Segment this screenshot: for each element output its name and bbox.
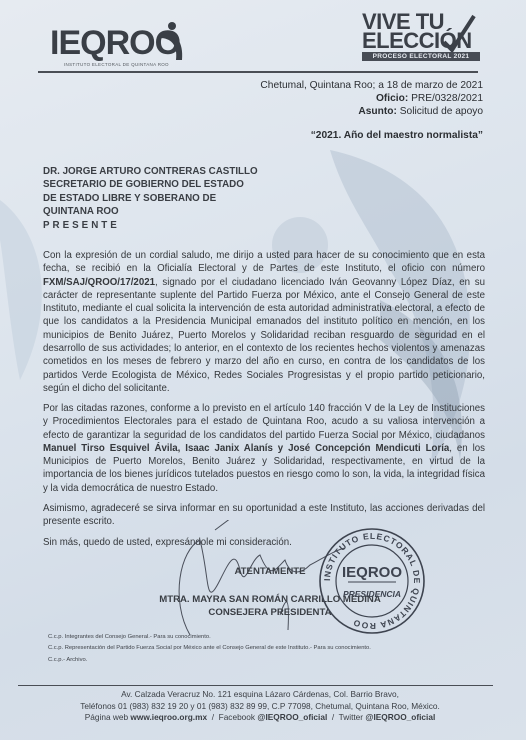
- addressee-line: DR. JORGE ARTURO CONTRERAS CASTILLO: [43, 165, 258, 178]
- oficio-value: PRE/0328/2021: [411, 93, 483, 104]
- document-page: IEQROO INSTITUTO ELECTORAL DE QUINTANA R…: [0, 0, 526, 740]
- official-seal-stamp-icon: INSTITUTO ELECTORAL DE QUINTANA ROO IEQR…: [318, 527, 426, 635]
- twitter-link[interactable]: @IEQROO_oficial: [365, 712, 435, 722]
- asunto-label: Asunto:: [358, 106, 396, 117]
- carbon-copy-list: C.c.p. Integrantes del Consejo General.-…: [48, 632, 371, 666]
- svg-text:PRESIDENCIA: PRESIDENCIA: [343, 589, 401, 599]
- asunto-value: Solicitud de apoyo: [400, 106, 483, 117]
- asunto: Asunto: Solicitud de apoyo: [260, 105, 483, 118]
- place-date: Chetumal, Quintana Roo; a 18 de marzo de…: [260, 79, 483, 92]
- twitter-label: / Twitter: [327, 712, 365, 722]
- footer-contacts: Página web www.ieqroo.org.mx / Facebook …: [30, 712, 490, 724]
- ieqroo-logo: IEQROO INSTITUTO ELECTORAL DE QUINTANA R…: [50, 20, 180, 70]
- addressee-line: DE ESTADO LIBRE Y SOBERANO DE: [43, 192, 258, 205]
- header-divider: [38, 71, 478, 73]
- presente-label: PRESENTE: [43, 219, 258, 232]
- document-meta: Chetumal, Quintana Roo; a 18 de marzo de…: [260, 79, 483, 118]
- ieqroo-logo-tagline: INSTITUTO ELECTORAL DE QUINTANA ROO: [64, 62, 169, 67]
- campaign-logo-banner: PROCESO ELECTORAL 2021: [362, 52, 480, 61]
- body-paragraph-2: Por las citadas razones, conforme a lo p…: [43, 402, 485, 495]
- addressee-line: QUINTANA ROO: [43, 205, 258, 218]
- oficio-number: Oficio: PRE/0328/2021: [260, 92, 483, 105]
- checkmark-icon: [440, 14, 476, 54]
- footer-address: Av. Calzada Veracruz No. 121 esquina Láz…: [30, 689, 490, 701]
- body-paragraph-1: Con la expresión de un cordial saludo, m…: [43, 249, 485, 395]
- footer-phones: Teléfonos 01 (983) 832 19 20 y 01 (983) …: [30, 701, 490, 713]
- facebook-link[interactable]: @IEQROO_oficial: [257, 712, 327, 722]
- year-motto: “2021. Año del maestro normalista”: [311, 130, 483, 141]
- ieqroo-figure-icon: [150, 20, 190, 64]
- svg-text:IEQROO: IEQROO: [342, 564, 402, 581]
- footer-divider: [18, 685, 493, 686]
- web-label: Página web: [85, 712, 131, 722]
- website-link[interactable]: www.ieqroo.org.mx: [130, 712, 207, 722]
- ccp-line: C.c.p. Representación del Partido Fuerza…: [48, 643, 371, 654]
- ccp-line: C.c.p.- Archivo.: [48, 655, 371, 666]
- vive-tu-eleccion-logo: VIVE TU ELECCIÓN PROCESO ELECTORAL 2021: [360, 12, 485, 64]
- addressee-line: SECRETARIO DE GOBIERNO DEL ESTADO: [43, 178, 258, 191]
- oficio-label: Oficio:: [376, 93, 408, 104]
- footer: Av. Calzada Veracruz No. 121 esquina Láz…: [30, 689, 490, 724]
- ccp-line: C.c.p. Integrantes del Consejo General.-…: [48, 632, 371, 643]
- addressee-block: DR. JORGE ARTURO CONTRERAS CASTILLO SECR…: [43, 165, 258, 232]
- facebook-label: / Facebook: [207, 712, 257, 722]
